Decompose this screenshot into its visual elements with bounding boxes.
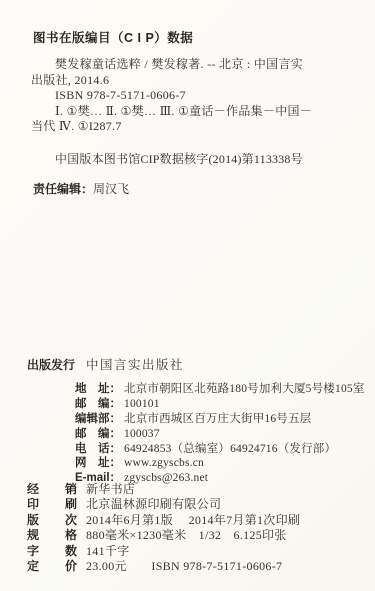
- editorial-dept-value: 北京市西城区百万庄大街甲16号五层: [124, 410, 311, 426]
- website-label: 网 址：: [75, 454, 121, 470]
- website-value: www.zgyscbs.cn: [124, 457, 204, 469]
- postcode-label: 邮 编：: [75, 395, 121, 411]
- publisher-label: 出版发行: [27, 356, 77, 373]
- price-label-char1: 定: [27, 557, 39, 574]
- imprint-row-price: 定价 23.00元 ISBN 978-7-5171-0606-7: [27, 557, 300, 572]
- detail-row-website: 网 址： www.zgyscbs.cn: [75, 454, 365, 469]
- imprint-row-wordcount: 字数 141千字: [27, 542, 300, 557]
- postcode-value: 100101: [124, 398, 160, 410]
- imprint-block: 经销 新华书店 印刷 北京温林源印刷有限公司 版次 2014年6月第1版 201…: [27, 480, 300, 572]
- imprint-row-distribution: 经销 新华书店: [27, 480, 300, 495]
- imprint-row-edition: 版次 2014年6月第1版 2014年7月第1次印刷: [27, 511, 300, 526]
- price-value: 23.00元 ISBN 978-7-5171-0606-7: [86, 557, 282, 574]
- address-value: 北京市朝阳区北苑路180号加利大厦5号楼105室: [124, 380, 365, 396]
- price-label: 定价: [27, 557, 77, 574]
- postcode2-value: 100037: [124, 428, 160, 440]
- cip-record: 樊发稼童话选粹 / 樊发稼著. -- 北京 : 中国言实 出版社, 2014.6…: [31, 57, 361, 135]
- responsible-editor-line: 责任编辑：周汉飞: [33, 180, 129, 197]
- responsible-editor-name: 周汉飞: [93, 182, 129, 196]
- detail-row-phone: 电 话： 64924853（总编室）64924716（发行部）: [75, 440, 365, 455]
- detail-row-postcode-2: 邮 编： 100037: [75, 425, 365, 440]
- copyright-page: 图书在版编目（C I P）数据 樊发稼童话选粹 / 樊发稼著. -- 北京 : …: [0, 0, 375, 591]
- price-label-char2: 价: [65, 557, 77, 574]
- imprint-row-format: 规格 880毫米×1230毫米 1/32 6.125印张: [27, 526, 300, 541]
- cip-record-line: ISBN 978-7-5171-0606-7: [31, 88, 361, 104]
- detail-row-editorial-dept: 编辑部： 北京市西城区百万庄大街甲16号五层: [75, 410, 365, 425]
- editorial-dept-label: 编辑部：: [75, 410, 121, 426]
- cip-record-line: Ⅰ. ①樊… Ⅱ. ①樊… Ⅲ. ①童话－作品集－中国－: [31, 104, 361, 120]
- cip-registry-number: 中国版本图书馆CIP数据核字(2014)第113338号: [55, 150, 303, 167]
- postcode2-label: 邮 编：: [75, 425, 121, 441]
- publisher-row: 出版发行 中国言实出版社: [27, 355, 365, 373]
- responsible-editor-label: 责任编辑：: [33, 182, 93, 196]
- phone-value: 64924853（总编室）64924716（发行部）: [124, 440, 336, 456]
- address-label: 地 址：: [75, 380, 121, 396]
- publisher-block: 出版发行 中国言实出版社 地 址： 北京市朝阳区北苑路180号加利大厦5号楼10…: [27, 355, 365, 484]
- phone-label: 电 话：: [75, 440, 121, 456]
- detail-row-postcode: 邮 编： 100101: [75, 395, 365, 410]
- cip-record-line: 樊发稼童话选粹 / 樊发稼著. -- 北京 : 中国言实: [31, 57, 361, 73]
- publisher-details: 地 址： 北京市朝阳区北苑路180号加利大厦5号楼105室 邮 编： 10010…: [75, 380, 365, 484]
- cip-record-line: 当代 Ⅳ. ①I287.7: [31, 119, 361, 135]
- cip-record-line: 出版社, 2014.6: [31, 73, 361, 89]
- cip-heading: 图书在版编目（C I P）数据: [33, 28, 193, 46]
- detail-row-address: 地 址： 北京市朝阳区北苑路180号加利大厦5号楼105室: [75, 380, 365, 395]
- publisher-name: 中国言实出版社: [86, 355, 184, 373]
- imprint-row-printer: 印刷 北京温林源印刷有限公司: [27, 495, 300, 510]
